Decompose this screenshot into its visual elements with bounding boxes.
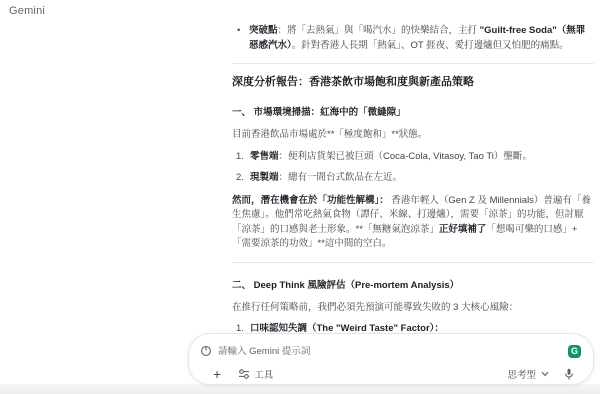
tune-icon [238,368,250,380]
paragraph: 在推行任何策略前，我們必須先預演可能導致失敗的 3 大核心風險： [232,301,594,316]
bottom-strip [0,384,600,394]
report-title: 深度分析報告：香港茶飲市場飽和度與新產品策略 [232,75,594,90]
text-segment: 正好填補了 [439,224,487,235]
item-text: 零售端：便利店貨架已被巨頭（Coca-Cola, Vitasoy, Tao Ti… [250,150,594,165]
item-text: 現製端：總有一間台式飲品在左近。 [250,171,594,186]
bullet: •突破點：將「去熱氣」與「喝汽水」的快樂結合，主打 "Guilt-free So… [232,24,594,53]
prompt-input[interactable] [218,346,562,357]
prompt-toolbar-row: + 工具 思考型 [189,365,593,383]
text-segment: 在推行任何策略前，我們必須先預演可能導致失敗的 3 大核心風險： [232,302,518,313]
add-button[interactable]: + [213,367,221,381]
mic-button[interactable] [563,368,575,381]
text-segment: ：便利店貨架已被巨頭（Coca-Cola, Vitasoy, Tao Ti）壟斷… [279,151,532,162]
chevron-down-icon [541,371,549,377]
tools-button[interactable]: 工具 [238,367,273,381]
model-selector[interactable]: 思考型 [507,367,549,381]
text-segment: 然而，潛在機會在於「功能性解構」： [232,195,389,206]
text-segment: ：總有一間台式飲品在左近。 [279,172,403,183]
bullet-marker: • [237,24,249,53]
tools-label: 工具 [254,367,273,381]
paragraph: 然而，潛在機會在於「功能性解構」： 香港年輕人（Gen Z 及 Millenni… [232,194,594,252]
numbered-item: 1.零售端：便利店貨架已被巨頭（Coca-Cola, Vitasoy, Tao … [232,150,594,165]
page: { "brand": { "logo": "Gemini" }, "conten… [0,0,600,394]
section-title: 二、 Deep Think 風險評估（Pre-mortem Analysis） [232,279,594,293]
grammarly-icon[interactable]: G [568,345,581,358]
text-segment: 目前香港飲品市場處於**「極度飽和」**狀態。 [232,129,427,140]
item-number: 2. [236,171,250,186]
item-number: 1. [236,150,250,165]
divider [232,262,594,263]
mic-icon [563,368,575,381]
bullet-text: 突破點：將「去熱氣」與「喝汽水」的快樂結合，主打 "Guilt-free Sod… [249,24,594,53]
prompt-box[interactable]: G + 工具 思考型 [188,333,594,385]
text-segment: 突破點 [249,25,278,36]
input-prefix-icon [200,345,212,357]
text-segment: 。針對香港人長期「熱氣」、OT 捱夜、愛打邊爐但又怕肥的痛點。 [292,40,569,51]
model-label: 思考型 [507,367,536,381]
divider [232,63,594,64]
text-segment: 現製端 [250,172,279,183]
text-segment: 零售端 [250,151,279,162]
text-segment: ：將「去熱氣」與「喝汽水」的快樂結合，主打 [278,25,480,36]
section-title: 一、 市場環境掃描：紅海中的「微縫隙」 [232,106,594,120]
response-content: •突破點：將「去熱氣」與「喝汽水」的快樂結合，主打 "Guilt-free So… [232,24,594,372]
numbered-item: 2.現製端：總有一間台式飲品在左近。 [232,171,594,186]
gemini-logo[interactable]: Gemini [9,5,45,17]
prompt-input-row: G [200,343,581,359]
paragraph: 目前香港飲品市場處於**「極度飽和」**狀態。 [232,128,594,143]
